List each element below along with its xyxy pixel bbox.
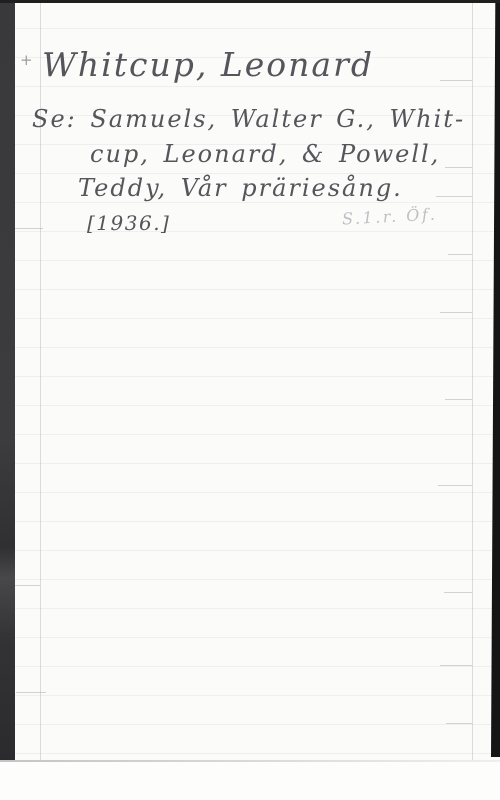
rule-segment (440, 80, 472, 81)
card-heading: Whitcup, Leonard (42, 48, 374, 81)
rule-segment (446, 723, 472, 724)
plus-mark: + (20, 51, 33, 69)
rule-segment (445, 167, 472, 168)
see-reference-line-1: Se: Samuels, Walter G., Whit- (32, 107, 465, 131)
scanned-catalog-card: + Whitcup, Leonard Se: Samuels, Walter G… (0, 0, 500, 800)
top-scan-edge (0, 0, 500, 3)
rule-segment (444, 592, 472, 593)
rule-segment (15, 585, 40, 586)
card-surface: + Whitcup, Leonard Se: Samuels, Walter G… (0, 0, 500, 761)
rule-segment (16, 692, 46, 693)
publication-year: [1936.] (87, 213, 170, 233)
left-scan-strip (0, 0, 15, 760)
rule-segment (436, 196, 472, 197)
pencil-shelfmark: S.1.r. Öf. (342, 207, 438, 228)
see-reference-line-2: cup, Leonard, & Powell, (90, 142, 440, 166)
see-reference-line-3: Teddy, Vår präriesång. (78, 176, 403, 200)
right-margin-rule (472, 0, 473, 760)
rule-segment (448, 254, 472, 255)
rule-segment (15, 228, 43, 229)
rule-segment (440, 312, 472, 313)
card-bottom-edge (0, 760, 500, 762)
rule-segment (440, 665, 472, 666)
rule-segment (445, 399, 472, 400)
rule-segment (438, 485, 472, 486)
